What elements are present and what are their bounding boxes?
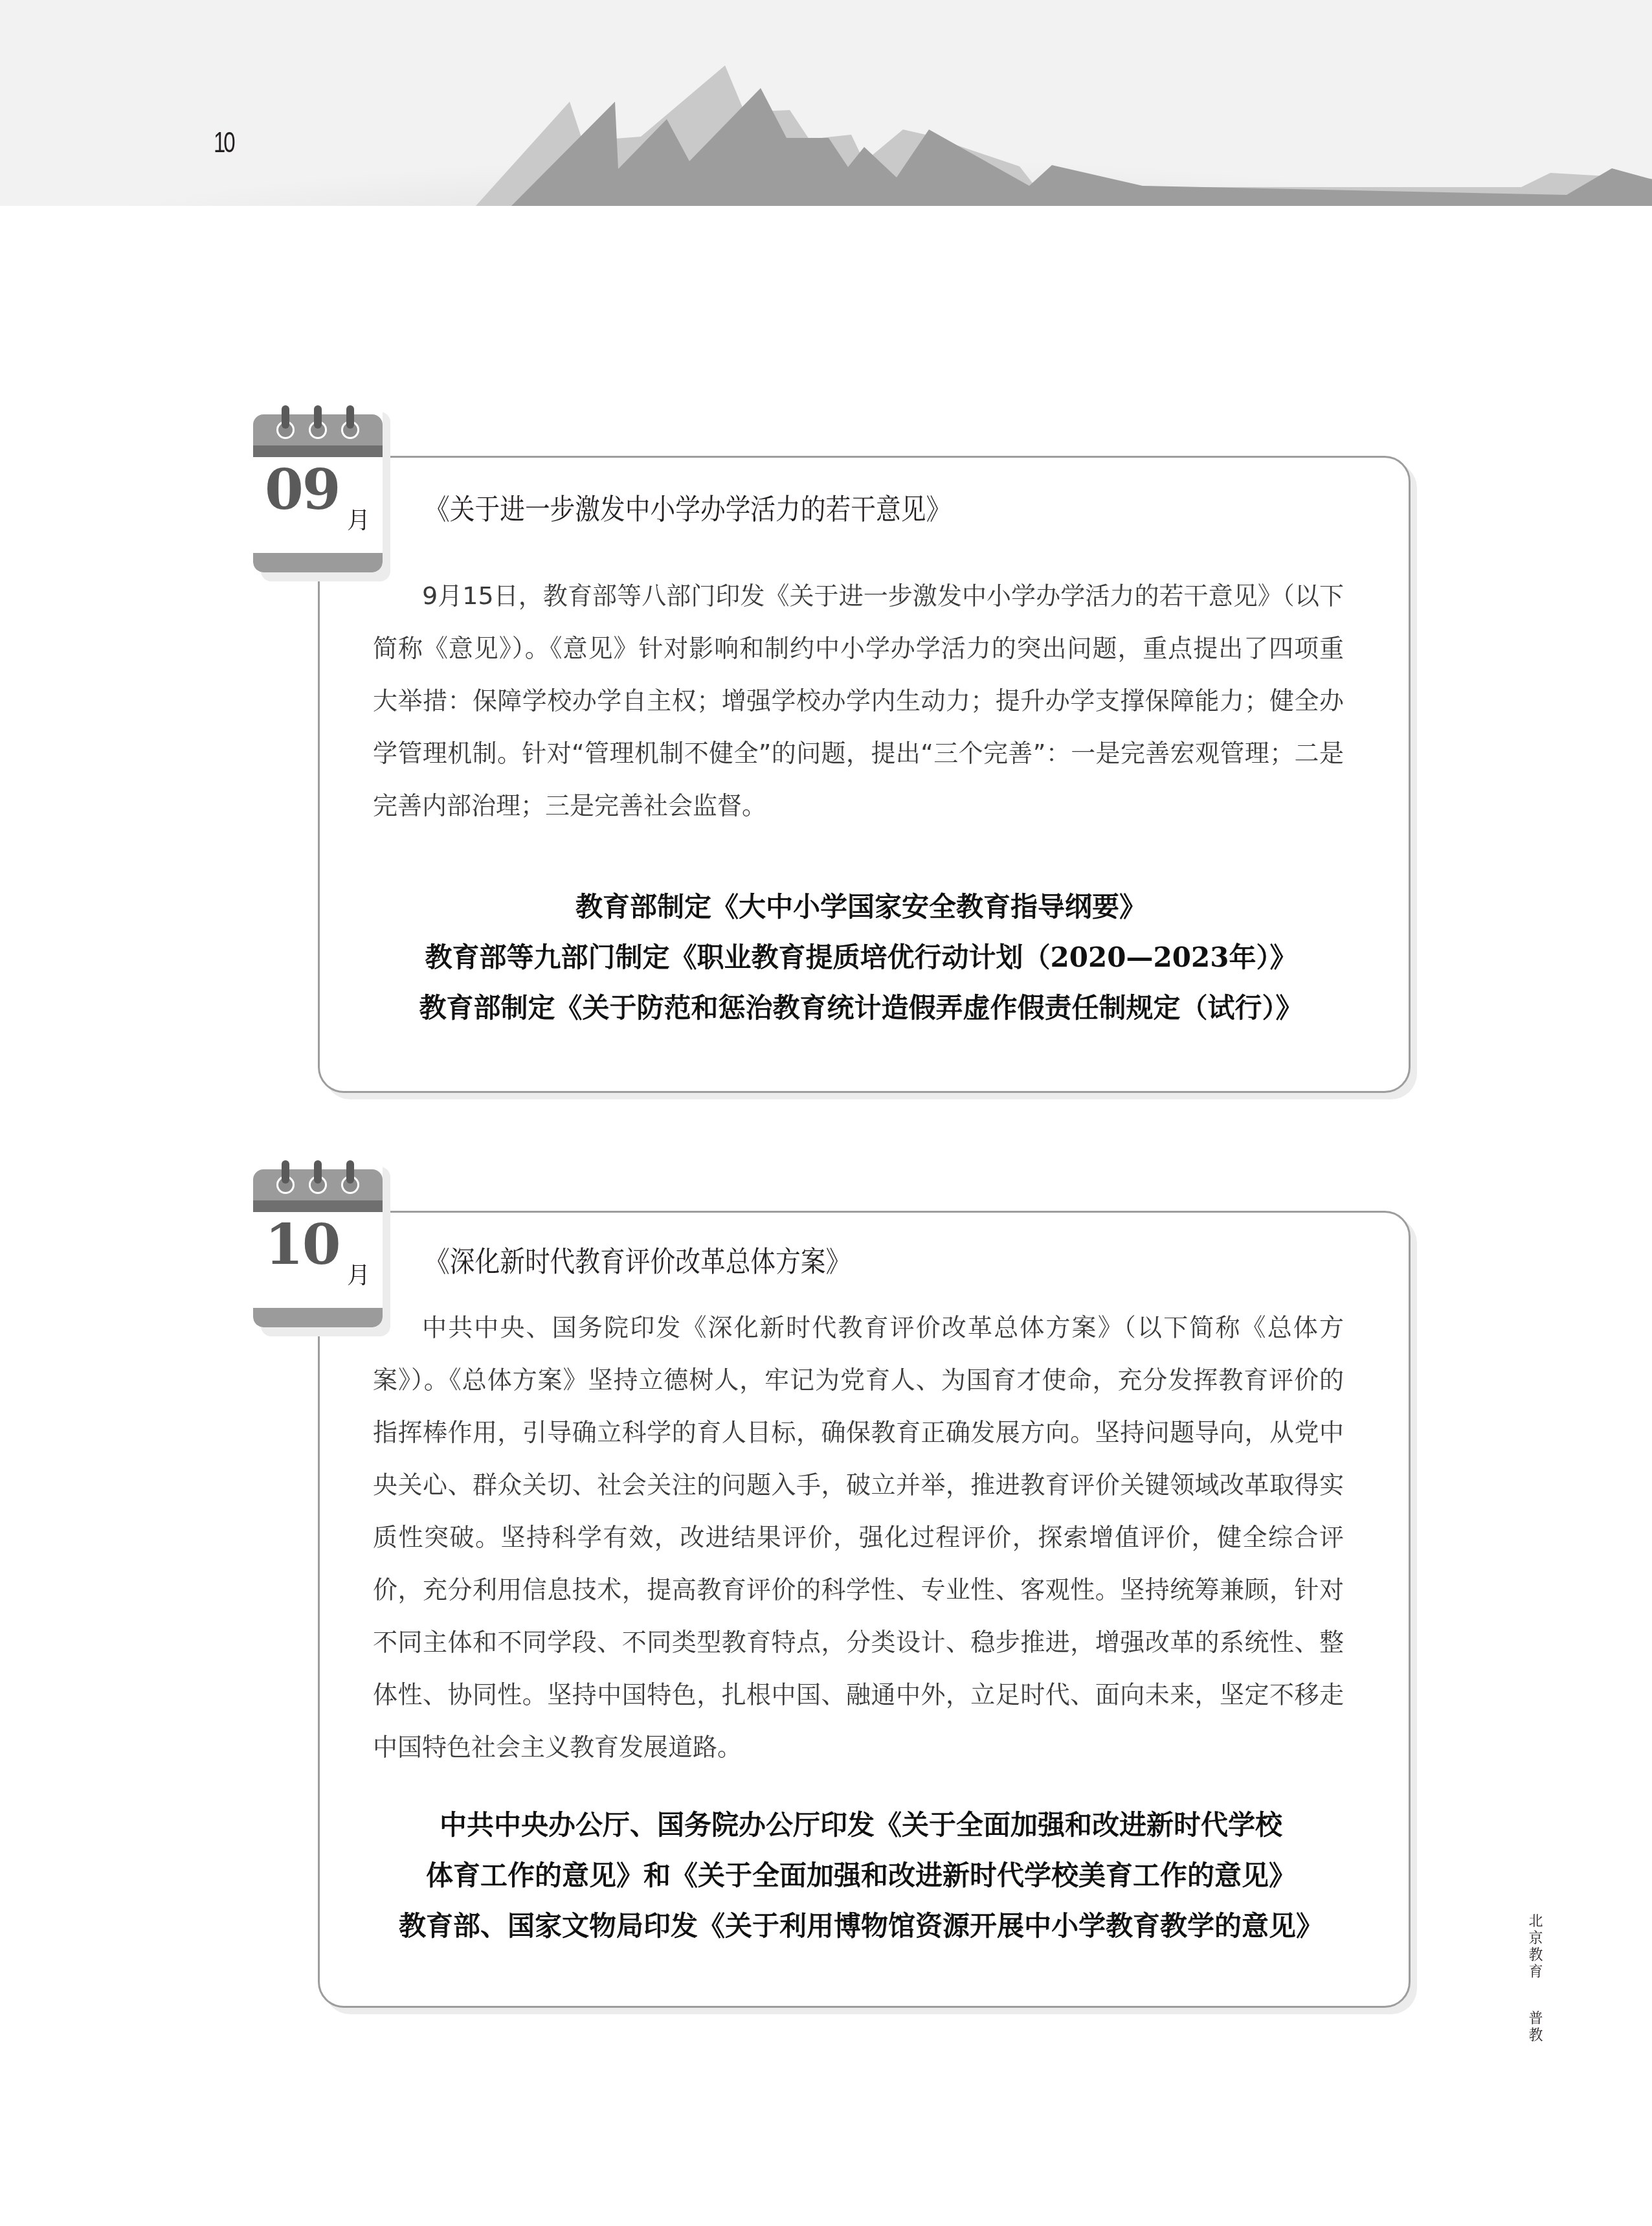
calendar-icon-september: 09 月 — [253, 403, 383, 572]
entry-title: 《深化新时代教育评价改革总体方案》 — [425, 1246, 851, 1280]
month-number: 09 — [265, 462, 340, 518]
entry-paragraph: 中共中央、国务院印发《深化新时代教育评价改革总体方案》（以下简称《总体方案》）。… — [373, 1301, 1344, 1773]
page-number: 10 — [214, 127, 234, 159]
entry-body: 9月15日，教育部等八部门印发《关于进一步激发中小学办学活力的若干意见》（以下简… — [373, 570, 1344, 832]
related-document: 教育部制定《关于防范和惩治教育统计造假弄虚作假责任制规定（试行）》 — [363, 983, 1359, 1033]
header-band: 10 — [0, 0, 1652, 206]
related-document: 中共中央办公厅、国务院办公厅印发《关于全面加强和改进新时代学校 — [363, 1800, 1359, 1850]
related-document: 体育工作的意见》和《关于全面加强和改进新时代学校美育工作的意见》 — [363, 1850, 1359, 1901]
related-document: 教育部等九部门制定《职业教育提质培优行动计划（2020—2023年）》 — [363, 932, 1359, 983]
month-unit: 月 — [347, 1265, 370, 1288]
publication-side-label: 北京教育 普教 — [1524, 1913, 1545, 2044]
month-unit: 月 — [347, 510, 370, 533]
related-documents-list: 中共中央办公厅、国务院办公厅印发《关于全面加强和改进新时代学校 体育工作的意见》… — [363, 1800, 1359, 1951]
entry-body: 中共中央、国务院印发《深化新时代教育评价改革总体方案》（以下简称《总体方案》）。… — [373, 1301, 1344, 1773]
entry-title: 《关于进一步激发中小学办学活力的若干意见》 — [425, 493, 951, 528]
publication-name: 北京教育 — [1524, 1913, 1545, 1981]
related-documents-list: 教育部制定《大中小学国家安全教育指导纲要》 教育部等九部门制定《职业教育提质培优… — [363, 882, 1359, 1033]
mountain-illustration — [0, 0, 1652, 206]
month-number: 10 — [265, 1217, 340, 1273]
entry-paragraph: 9月15日，教育部等八部门印发《关于进一步激发中小学办学活力的若干意见》（以下简… — [373, 570, 1344, 832]
related-document: 教育部、国家文物局印发《关于利用博物馆资源开展中小学教育教学的意见》 — [363, 1901, 1359, 1951]
calendar-icon-october: 10 月 — [253, 1158, 383, 1327]
related-document: 教育部制定《大中小学国家安全教育指导纲要》 — [363, 882, 1359, 932]
section-name: 普教 — [1524, 2010, 1545, 2044]
